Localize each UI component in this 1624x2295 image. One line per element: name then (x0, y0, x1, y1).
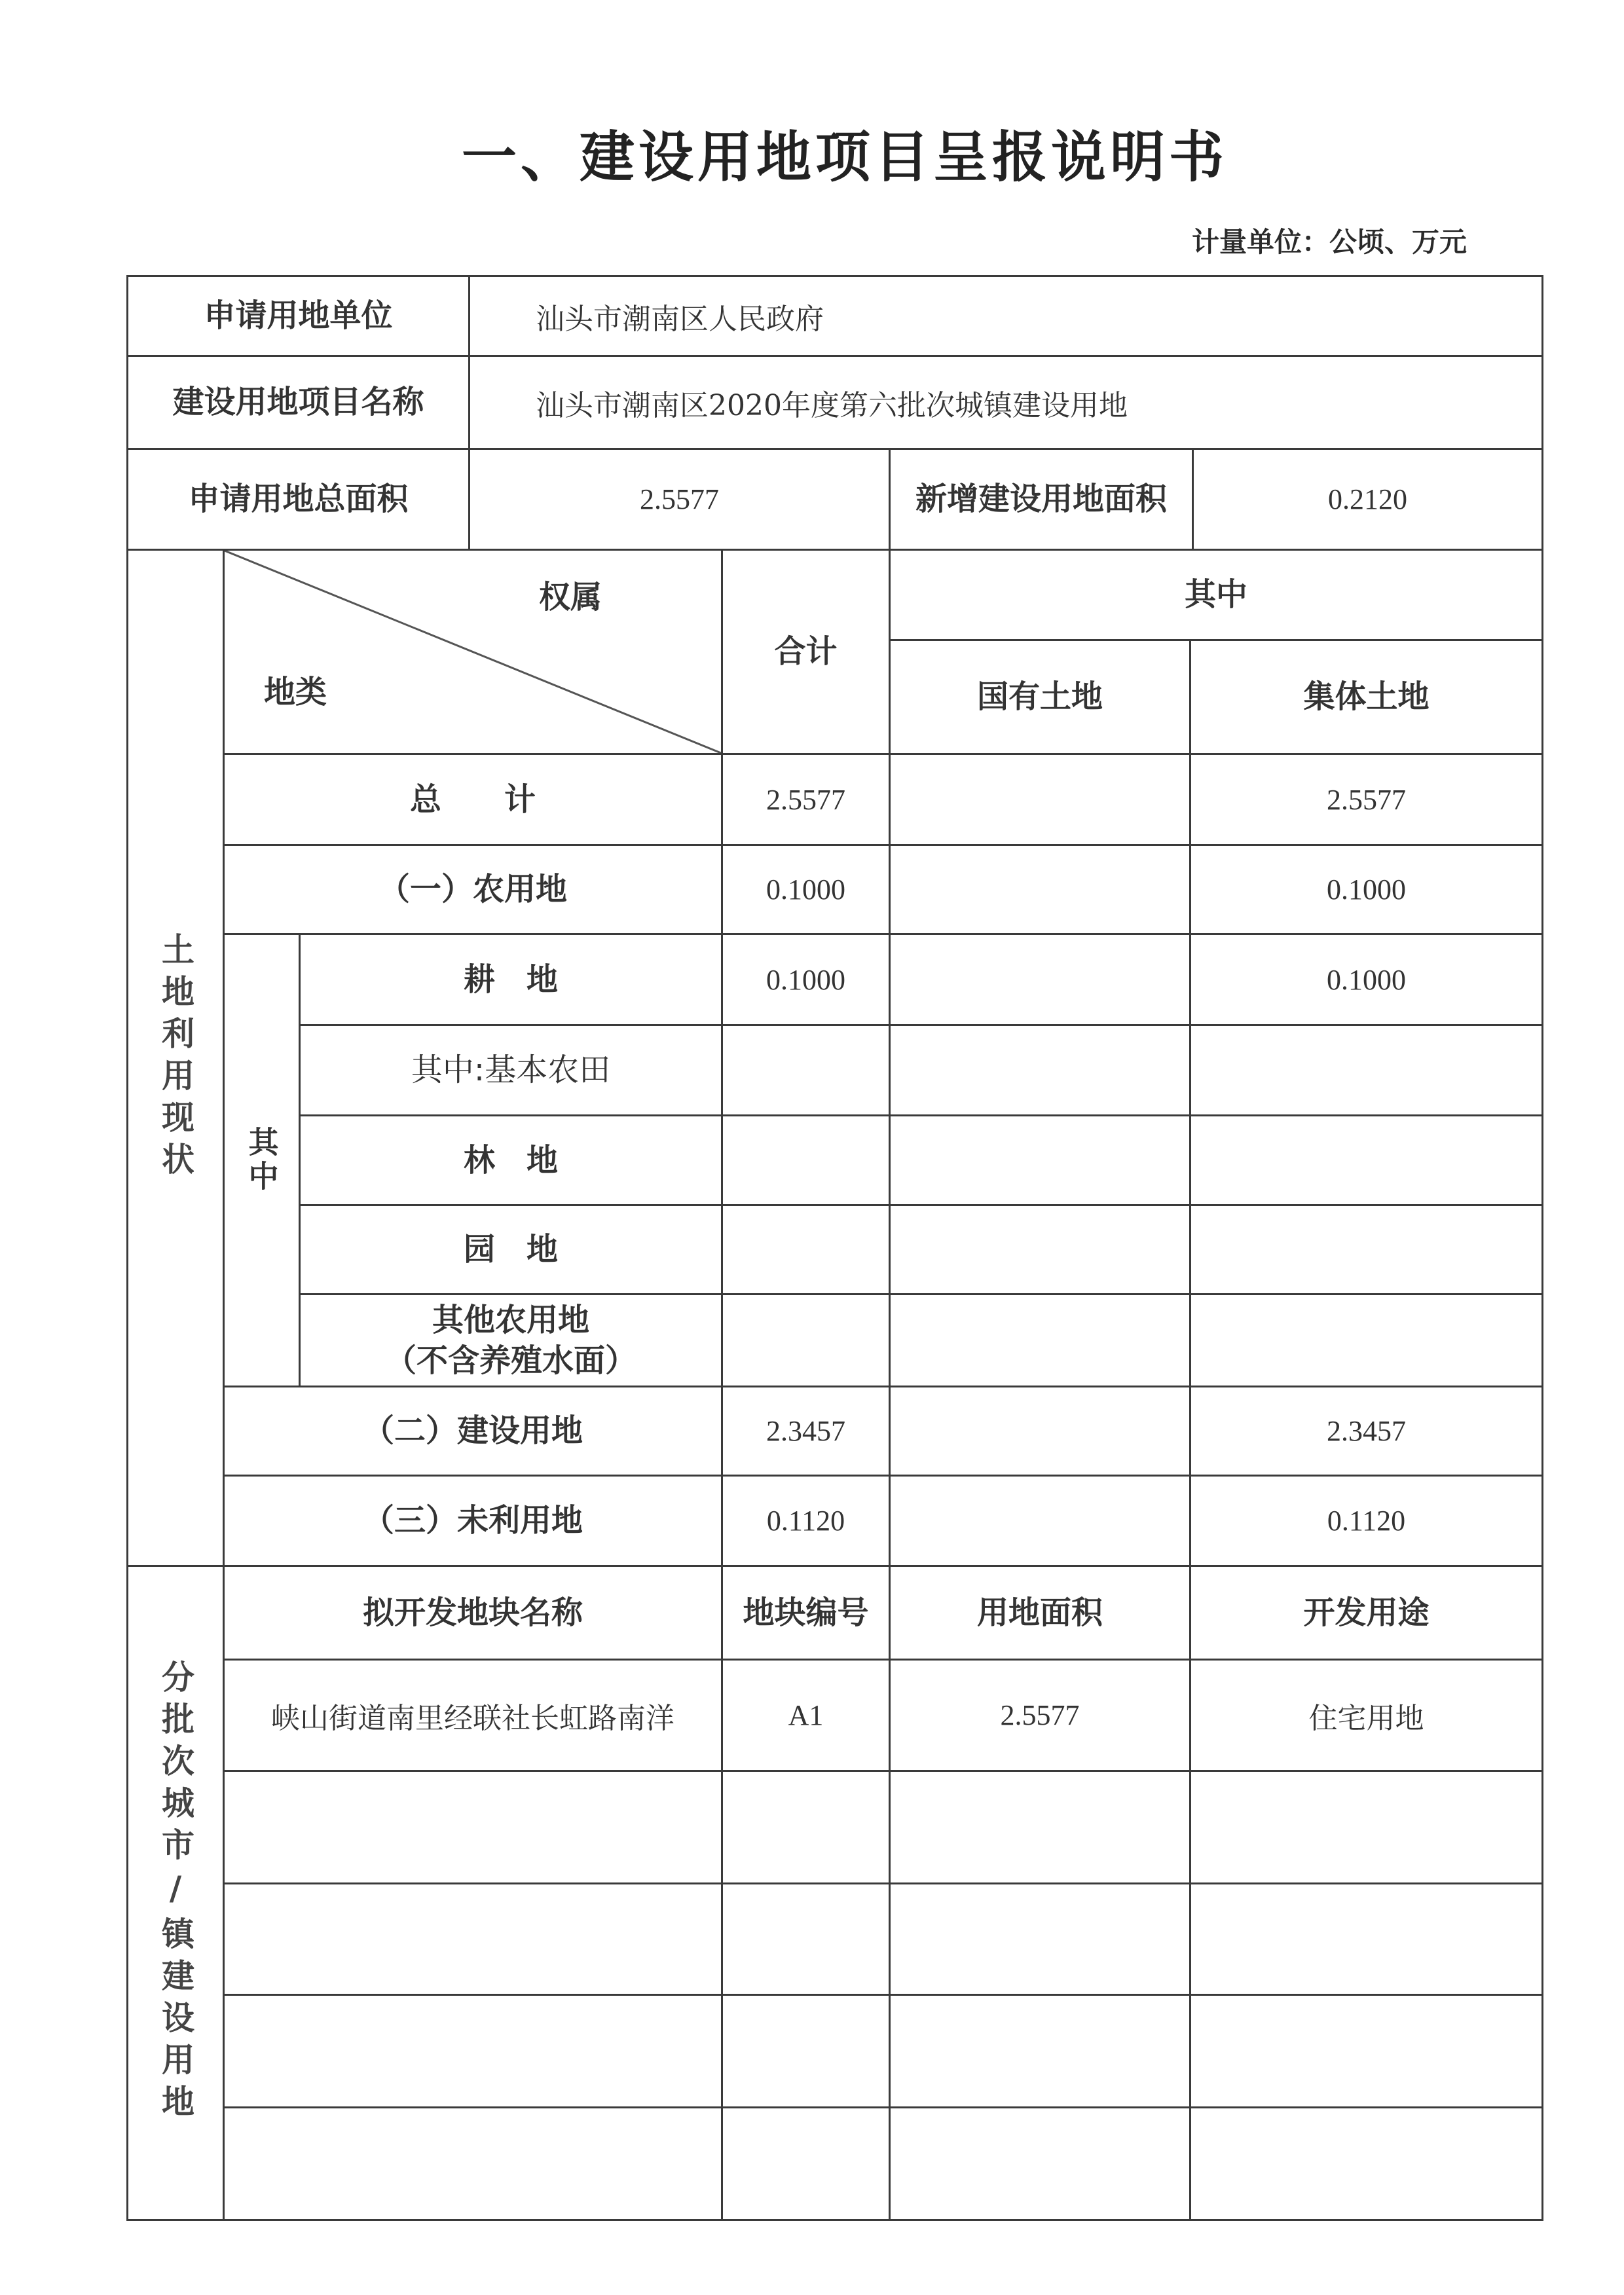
applicant-label: 申请用地单位 (126, 275, 470, 357)
parcel-row-5-area (889, 2106, 1191, 2221)
row-unused-state (889, 1475, 1191, 1567)
row-construction-label: （二）建设用地 (223, 1386, 723, 1477)
row-cultivated-total: 0.1000 (721, 933, 891, 1026)
state-land-header: 国有土地 (889, 639, 1191, 755)
parcel-row-4-name (223, 1994, 723, 2108)
parcel-row-3-use (1189, 1882, 1543, 1996)
row-garden-collective (1189, 1204, 1543, 1295)
parcel-row-1-code: A1 (721, 1659, 891, 1772)
row-grand-total-label: 总 计 (223, 753, 723, 846)
row-basic-farmland-state (889, 1024, 1191, 1116)
row-forest-label: 林 地 (299, 1114, 723, 1206)
parcel-row-4-code (721, 1994, 891, 2108)
row-agricultural-total: 0.1000 (721, 844, 891, 935)
parcel-row-4-use (1189, 1994, 1543, 2108)
parcel-row-2-area (889, 1770, 1191, 1884)
parcel-use-header: 开发用途 (1189, 1565, 1543, 1661)
row-cultivated-label: 耕 地 (299, 933, 723, 1026)
row-other-agricultural-label-line1: 其他农用地 (432, 1300, 589, 1340)
of-which-header: 其中 (889, 549, 1543, 641)
collective-land-header: 集体土地 (1189, 639, 1543, 755)
row-garden-total (721, 1204, 891, 1295)
row-unused-collective: 0.1120 (1189, 1475, 1543, 1567)
applicant-value: 汕头市潮南区人民政府 (468, 275, 1543, 357)
parcel-name-header: 拟开发地块名称 (223, 1565, 723, 1661)
parcel-row-1-name: 峡山街道南里经联社长虹路南洋 (223, 1659, 723, 1772)
parcel-row-5-name (223, 2106, 723, 2221)
ownership-header: 权属 (539, 577, 602, 617)
row-basic-farmland-label: 其中:基本农田 (299, 1024, 723, 1116)
parcel-row-2-use (1189, 1770, 1543, 1884)
row-agricultural-label: （一）农用地 (223, 844, 723, 935)
row-other-agricultural-state (889, 1293, 1191, 1387)
parcel-row-3-code (721, 1882, 891, 1996)
document-title: 一、建设用地项目呈报说明书 (393, 121, 1297, 193)
row-grand-total-total: 2.5577 (721, 753, 891, 846)
parcel-code-header: 地块编号 (721, 1565, 891, 1661)
row-construction-state (889, 1386, 1191, 1477)
parcel-row-4-area (889, 1994, 1191, 2108)
row-grand-total-state (889, 753, 1191, 846)
parcel-row-5-use (1189, 2106, 1543, 2221)
row-agricultural-collective: 0.1000 (1189, 844, 1543, 935)
row-garden-state (889, 1204, 1191, 1295)
row-grand-total-collective: 2.5577 (1189, 753, 1543, 846)
total-area-value: 2.5577 (468, 448, 891, 551)
project-name-value: 汕头市潮南区2020年度第六批次城镇建设用地 (468, 355, 1543, 450)
project-name-label: 建设用地项目名称 (126, 355, 470, 450)
diagonal-header-cell: 权属 地类 (223, 549, 723, 755)
row-cultivated-state (889, 933, 1191, 1026)
row-forest-collective (1189, 1114, 1543, 1206)
row-unused-total: 0.1120 (721, 1475, 891, 1567)
row-other-agricultural-total (721, 1293, 891, 1387)
row-basic-farmland-collective (1189, 1024, 1543, 1116)
sub-of-which-label: 其中 (240, 1126, 284, 1194)
total-area-label: 申请用地总面积 (126, 448, 470, 551)
row-other-agricultural-label-line2: （不含养殖水面） (385, 1340, 637, 1381)
sub-of-which-cell: 其中 (223, 933, 301, 1387)
land-use-section-label-cell: 土地利用现状 (126, 549, 225, 1567)
row-garden-label: 园 地 (299, 1204, 723, 1295)
parcel-area-header: 用地面积 (889, 1565, 1191, 1661)
total-header: 合计 (721, 549, 891, 755)
row-construction-total: 2.3457 (721, 1386, 891, 1477)
parcels-section-label: 分批次城市/镇建设用地 (152, 1660, 199, 2126)
unit-note: 计量单位：公顷、万元 (1113, 223, 1467, 262)
parcel-row-1-area: 2.5577 (889, 1659, 1191, 1772)
parcel-row-3-area (889, 1882, 1191, 1996)
row-basic-farmland-total (721, 1024, 891, 1116)
diagonal-divider-icon (225, 551, 721, 753)
category-header: 地类 (264, 672, 327, 712)
parcel-row-5-code (721, 2106, 891, 2221)
parcels-section-label-cell: 分批次城市/镇建设用地 (126, 1565, 225, 2221)
row-cultivated-collective: 0.1000 (1189, 933, 1543, 1026)
row-agricultural-state (889, 844, 1191, 935)
row-unused-label: （三）未利用地 (223, 1475, 723, 1567)
parcel-row-2-name (223, 1770, 723, 1884)
parcel-row-1-use: 住宅用地 (1189, 1659, 1543, 1772)
row-forest-state (889, 1114, 1191, 1206)
parcel-row-3-name (223, 1882, 723, 1996)
row-construction-collective: 2.3457 (1189, 1386, 1543, 1477)
row-other-agricultural-label: 其他农用地 （不含养殖水面） (299, 1293, 723, 1387)
parcel-row-2-code (721, 1770, 891, 1884)
new-construction-area-value: 0.2120 (1192, 448, 1543, 551)
land-use-section-label: 土地利用现状 (152, 932, 199, 1184)
row-other-agricultural-collective (1189, 1293, 1543, 1387)
row-forest-total (721, 1114, 891, 1206)
new-construction-area-label: 新增建设用地面积 (889, 448, 1194, 551)
